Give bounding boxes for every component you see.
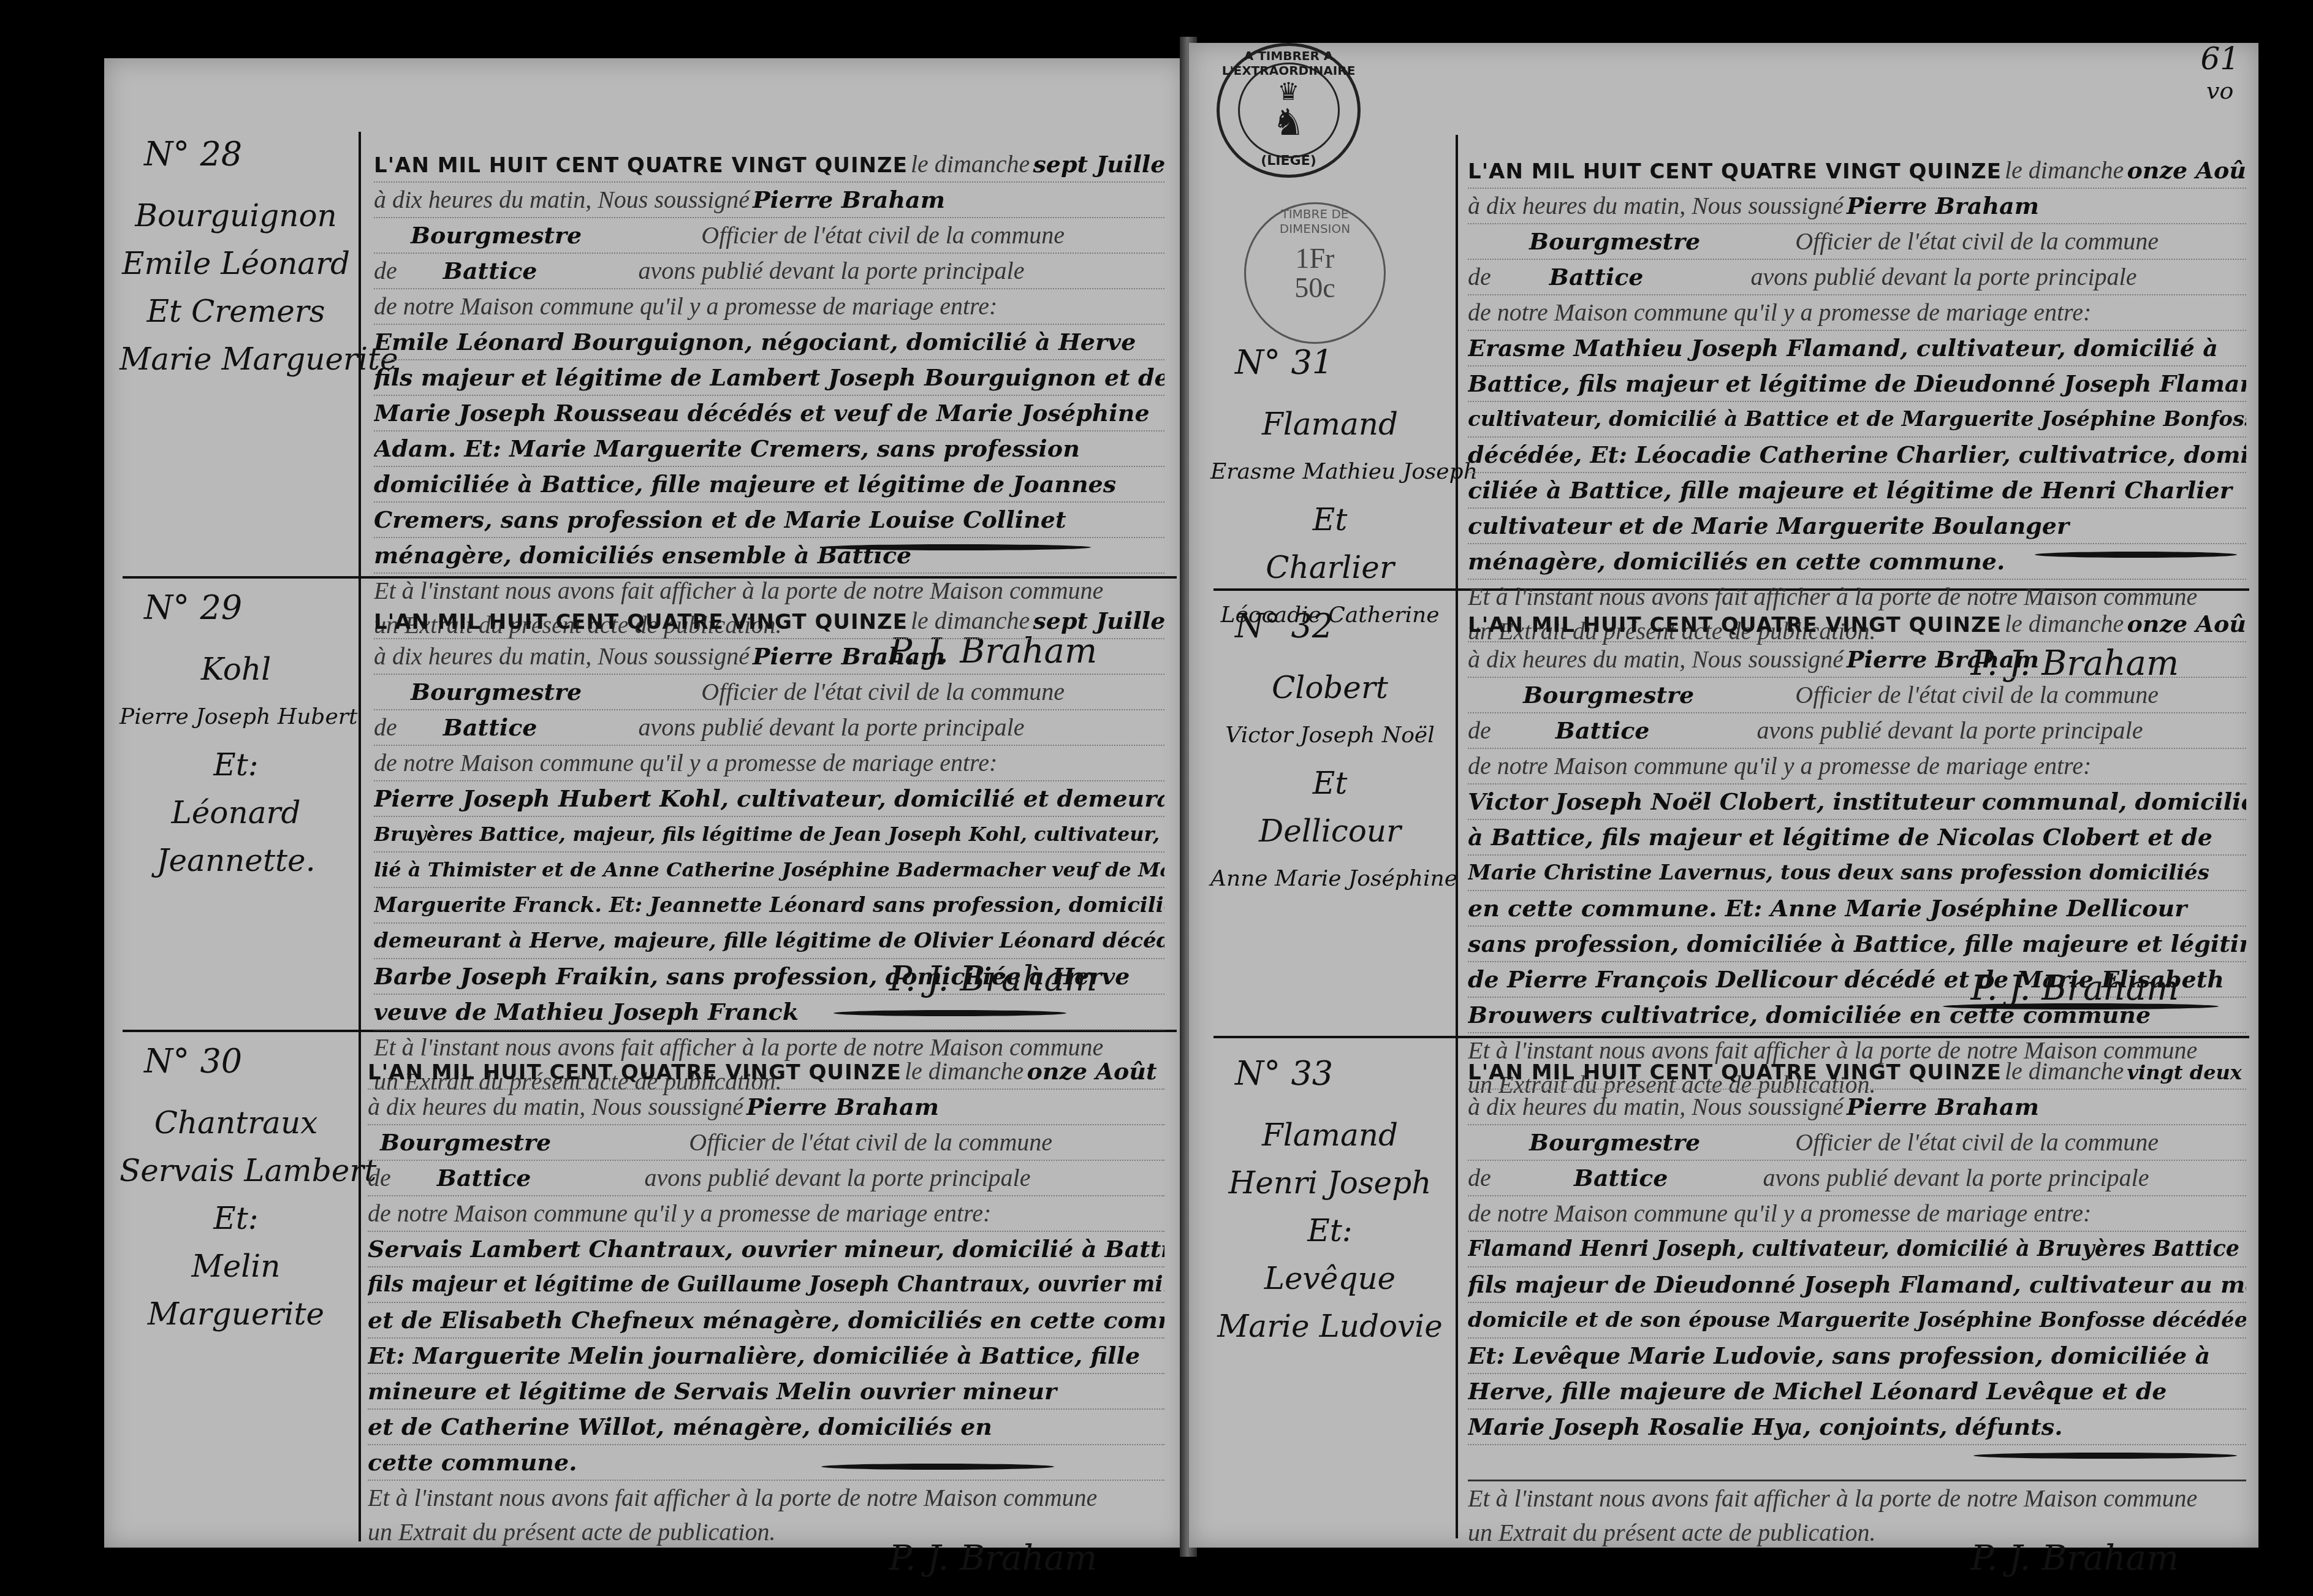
act-line: Flamand Henri Joseph, cultivateur, domic… [1468, 1232, 2246, 1267]
act-line: domiciliée à Battice, fille majeure et l… [374, 467, 1164, 503]
act-body-line: ciliée à Battice, fille majeure et légit… [1468, 476, 2232, 504]
folio-mark: vo [2200, 75, 2239, 107]
act-body-line: veuve de Mathieu Joseph Franck [374, 998, 799, 1025]
act-body-line: décédée, Et: Léocadie Catherine Charlier… [1468, 441, 2246, 468]
printed-text: le dimanche [911, 607, 1030, 634]
publication-act-32: L'AN MIL HUIT CENT QUATRE VINGT QUINZE l… [1468, 607, 2246, 1102]
commune-name: Battice [1549, 263, 1644, 291]
printed-text: Officier de l'état civil de la commune [1795, 227, 2159, 255]
act-line: mineure et légitime de Servais Melin ouv… [368, 1374, 1164, 1410]
act-body-line: ménagère, domiciliés en cette commune. [1468, 547, 2005, 575]
mayor-signature: P. J. Braham [1971, 1538, 2179, 1578]
printed-text: Officier de l'état civil de la commune [1795, 681, 2159, 709]
act-line: de Battice avons publié devant la porte … [368, 1161, 1164, 1196]
margin-name-line: Léonard [120, 789, 352, 837]
act-body-line: Et: Levêque Marie Ludovie, sans professi… [1468, 1342, 2210, 1369]
commune-name: Battice [443, 713, 537, 741]
signature-flourish [1943, 1003, 2219, 1009]
commune-name: Battice [437, 1164, 531, 1191]
act-date: onze Août [2127, 610, 2246, 637]
right-column-rule [1456, 135, 1458, 1538]
printed-text: le dimanche [2005, 1057, 2124, 1085]
printed-text: de [368, 1164, 391, 1191]
act-line: de Battice avons publié devant la porte … [1468, 713, 2246, 749]
printed-text: à dix heures du matin, Nous soussigné [374, 642, 750, 670]
act-line: L'AN MIL HUIT CENT QUATRE VINGT QUINZE l… [374, 147, 1164, 183]
stamp-value-centimes: 50c [1294, 273, 1335, 303]
printed-text: de notre Maison commune qu'il y a promes… [1468, 1199, 2091, 1227]
act-line: de notre Maison commune qu'il y a promes… [374, 289, 1164, 325]
printed-text: un Extrait du présent acte de publicatio… [368, 1518, 775, 1546]
act-line: à dix heures du matin, Nous soussigné Pi… [1468, 642, 2246, 678]
margin-name-line: Flamand [1210, 1111, 1449, 1159]
publication-act-28: L'AN MIL HUIT CENT QUATRE VINGT QUINZE l… [374, 147, 1164, 642]
act-line: à Battice, fils majeur et légitime de Ni… [1468, 820, 2246, 856]
act-line: en cette commune. Et: Anne Marie Joséphi… [1468, 891, 2246, 927]
act-line: Cremers, sans profession et de Marie Lou… [374, 503, 1164, 538]
publication-act-33: L'AN MIL HUIT CENT QUATRE VINGT QUINZE l… [1468, 1054, 2246, 1550]
margin-name-line: Jeannette. [120, 837, 352, 884]
printed-text: de [1468, 716, 1491, 744]
act-line: Bourgmestre Officier de l'état civil de … [374, 218, 1164, 254]
officer-name: Pierre Braham [753, 186, 945, 213]
printed-text: avons publié devant la porte principale [1757, 716, 2143, 744]
act-line: cette commune. [368, 1445, 1164, 1481]
act-body-line: et de Catherine Willot, ménagère, domici… [368, 1413, 992, 1440]
margin-name-line: Et [1210, 496, 1449, 544]
margin-entry-32: N° 32 Clobert Victor Joseph Noël Et Dell… [1210, 607, 1449, 903]
printed-text: Et à l'instant nous avons fait afficher … [1468, 1484, 2197, 1512]
officer-name: Pierre Braham [753, 642, 945, 670]
printed-text: à dix heures du matin, Nous soussigné [1468, 645, 1844, 673]
entry-number: N° 32 [1210, 607, 1449, 645]
margin-name-line: Et: [120, 1195, 352, 1242]
extraordinary-stamp: A TIMBRER A L'EXTRAORDINAIRE ♛ ♞ (LIEGE) [1217, 43, 1361, 178]
act-line [1468, 1445, 2246, 1481]
officer-title: Bourgmestre [411, 678, 582, 705]
act-date: sept Juillet [1033, 607, 1164, 634]
margin-name-line: Marie Marguerite [120, 335, 352, 383]
act-line: L'AN MIL HUIT CENT QUATRE VINGT QUINZE l… [374, 604, 1164, 639]
act-line: fils majeur et légitime de Guillaume Jos… [368, 1267, 1164, 1303]
act-line: L'AN MIL HUIT CENT QUATRE VINGT QUINZE l… [368, 1054, 1164, 1090]
publication-act-30: L'AN MIL HUIT CENT QUATRE VINGT QUINZE l… [368, 1054, 1164, 1549]
stamp-value-francs: 1Fr [1294, 244, 1335, 273]
margin-name-line: Clobert [1210, 664, 1449, 712]
act-line: à dix heures du matin, Nous soussigné Pi… [368, 1090, 1164, 1125]
margin-name-line: Charlier [1210, 544, 1449, 591]
act-date: sept Juillet [1033, 150, 1164, 178]
act-line: fils majeur de Dieudonné Joseph Flamand,… [1468, 1267, 2246, 1303]
printed-text: de [1468, 263, 1491, 291]
printed-text: de notre Maison commune qu'il y a promes… [1468, 298, 2091, 326]
act-line: Et: Levêque Marie Ludovie, sans professi… [1468, 1339, 2246, 1374]
act-line: Victor Joseph Noël Clobert, instituteur … [1468, 785, 2246, 820]
mayor-signature: P. J. Braham [1971, 968, 2179, 1008]
entry-number: N° 33 [1210, 1054, 1449, 1093]
act-line: L'AN MIL HUIT CENT QUATRE VINGT QUINZE l… [1468, 607, 2246, 642]
printed-text: de [374, 257, 397, 284]
printed-text: à dix heures du matin, Nous soussigné [368, 1093, 743, 1120]
act-line: fils majeur et légitime de Lambert Josep… [374, 360, 1164, 396]
printed-text: de notre Maison commune qu'il y a promes… [374, 749, 997, 777]
act-line: de notre Maison commune qu'il y a promes… [1468, 1196, 2246, 1232]
act-line: Erasme Mathieu Joseph Flamand, cultivate… [1468, 331, 2246, 367]
margin-name-line: Marguerite [120, 1290, 352, 1338]
act-line: à dix heures du matin, Nous soussigné Pi… [374, 639, 1164, 675]
act-line: à dix heures du matin, Nous soussigné Pi… [1468, 1090, 2246, 1125]
act-line: Bourgmestre Officier de l'état civil de … [1468, 224, 2246, 260]
act-line: à dix heures du matin, Nous soussigné Pi… [374, 183, 1164, 218]
act-body-line: mineure et légitime de Servais Melin ouv… [368, 1377, 1057, 1405]
folio-number: 61 vo [2200, 43, 2239, 107]
act-line: Et: Marguerite Melin journalière, domici… [368, 1339, 1164, 1374]
act-body-line: Cremers, sans profession et de Marie Lou… [374, 506, 1066, 533]
act-date: onze Août [1027, 1057, 1156, 1085]
act-line: et de Elisabeth Chefneux ménagère, domic… [368, 1303, 1164, 1339]
act-body-line: cultivateur, domicilié à Battice et de M… [1468, 407, 2246, 431]
printed-text: le dimanche [2005, 610, 2124, 637]
act-body-line: Marie Joseph Rousseau décédés et veuf de… [374, 399, 1150, 427]
year-caption: L'AN MIL HUIT CENT QUATRE VINGT QUINZE [374, 153, 908, 178]
act-line: ciliée à Battice, fille majeure et légit… [1468, 473, 2246, 509]
act-body-line: demeurant à Herve, majeure, fille légiti… [374, 929, 1164, 953]
act-line: Bruyères Battice, majeur, fils légitime … [374, 817, 1164, 853]
act-line: L'AN MIL HUIT CENT QUATRE VINGT QUINZE l… [1468, 1054, 2246, 1090]
act-line: Herve, fille majeure de Michel Léonard L… [1468, 1374, 2246, 1410]
act-line: et de Catherine Willot, ménagère, domici… [368, 1410, 1164, 1445]
mayor-signature: P. J. Braham [889, 959, 1098, 999]
act-body-line: Adam. Et: Marie Marguerite Cremers, sans… [374, 435, 1080, 462]
margin-name-line: Levêque [1210, 1255, 1449, 1302]
act-body-line: cultivateur et de Marie Marguerite Boula… [1468, 512, 2069, 539]
printed-text: avons publié devant la porte principale [645, 1164, 1031, 1191]
act-line: demeurant à Herve, majeure, fille légiti… [374, 924, 1164, 959]
act-line: Marie Joseph Rousseau décédés et veuf de… [374, 396, 1164, 431]
act-line: Pierre Joseph Hubert Kohl, cultivateur, … [374, 781, 1164, 817]
act-line: décédée, Et: Léocadie Catherine Charlier… [1468, 438, 2246, 473]
year-caption: L'AN MIL HUIT CENT QUATRE VINGT QUINZE [1468, 1060, 2002, 1085]
act-body-line: domiciliée à Battice, fille majeure et l… [374, 470, 1116, 498]
signature-flourish [834, 1010, 1066, 1016]
margin-name-line: Chantraux [120, 1099, 352, 1147]
officer-name: Pierre Braham [1847, 1093, 2039, 1120]
act-body-line: en cette commune. Et: Anne Marie Joséphi… [1468, 894, 2187, 922]
margin-name-line: Marie Ludovie [1210, 1302, 1449, 1350]
officer-name: Pierre Braham [1847, 192, 2039, 219]
margin-name-line: Pierre Joseph Hubert [120, 693, 352, 741]
signature-flourish [821, 1464, 1054, 1470]
act-line: Marie Joseph Rosalie Hya, conjoints, déf… [1468, 1410, 2246, 1445]
printed-text: un Extrait du présent acte de publicatio… [1468, 1519, 1875, 1546]
year-caption: L'AN MIL HUIT CENT QUATRE VINGT QUINZE [368, 1060, 902, 1085]
act-line: de Battice avons publié devant la porte … [374, 710, 1164, 746]
margin-name-line: Et Cremers [120, 287, 352, 335]
printed-text: Officier de l'état civil de la commune [701, 678, 1065, 705]
printed-text: Officier de l'état civil de la commune [689, 1128, 1052, 1156]
act-body-line: Emile Léonard Bourguignon, négociant, do… [374, 328, 1136, 355]
margin-name-line: Victor Joseph Noël [1210, 712, 1449, 759]
publication-act-29: L'AN MIL HUIT CENT QUATRE VINGT QUINZE l… [374, 604, 1164, 1099]
act-line: Bourgmestre Officier de l'état civil de … [1468, 1125, 2246, 1161]
act-line: de notre Maison commune qu'il y a promes… [368, 1196, 1164, 1232]
entry-number: N° 29 [120, 588, 352, 627]
officer-title: Bourgmestre [411, 221, 582, 249]
printed-text: de [374, 713, 397, 741]
act-line: de notre Maison commune qu'il y a promes… [1468, 295, 2246, 331]
entry-number: N° 28 [120, 135, 352, 173]
printed-text: de [1468, 1164, 1491, 1191]
margin-name-line: Anne Marie Joséphine [1210, 855, 1449, 903]
act-line: Adam. Et: Marie Marguerite Cremers, sans… [374, 431, 1164, 467]
year-caption: L'AN MIL HUIT CENT QUATRE VINGT QUINZE [374, 610, 908, 634]
act-line: Battice, fils majeur et légitime de Dieu… [1468, 367, 2246, 402]
act-body-line: Marguerite Franck. Et: Jeannette Léonard… [374, 893, 1164, 918]
act-body-line: Battice, fils majeur et légitime de Dieu… [1468, 370, 2246, 397]
act-body-line: Pierre Joseph Hubert Kohl, cultivateur, … [374, 785, 1164, 812]
printed-text: de notre Maison commune qu'il y a promes… [1468, 752, 2091, 780]
printed-text: Officier de l'état civil de la commune [1795, 1128, 2159, 1156]
commune-name: Battice [1555, 716, 1650, 744]
act-line: Et à l'instant nous avons fait afficher … [374, 574, 1164, 608]
act-body-line: cette commune. [368, 1448, 577, 1476]
printed-text: avons publié devant la porte principale [1751, 263, 2137, 291]
act-line: de Battice avons publié devant la porte … [1468, 260, 2246, 295]
signature-flourish [2035, 552, 2237, 558]
act-line: Bourgmestre Officier de l'état civil de … [368, 1125, 1164, 1161]
printed-text: Et à l'instant nous avons fait afficher … [368, 1484, 1097, 1511]
margin-name-line: Melin [120, 1242, 352, 1290]
margin-name-line: Et: [1210, 1207, 1449, 1255]
act-line: à dix heures du matin, Nous soussigné Pi… [1468, 189, 2246, 224]
printed-text: de notre Maison commune qu'il y a promes… [368, 1199, 991, 1227]
margin-name-line: Flamand [1210, 400, 1449, 448]
entry-number: N° 30 [120, 1042, 352, 1081]
act-line: L'AN MIL HUIT CENT QUATRE VINGT QUINZE l… [1468, 153, 2246, 189]
act-body-line: domicile et de son épouse Marguerite Jos… [1468, 1308, 2246, 1332]
act-line: de notre Maison commune qu'il y a promes… [374, 746, 1164, 781]
act-date: vingt deux Septembre [2127, 1061, 2246, 1084]
commune-name: Battice [1574, 1164, 1668, 1191]
margin-entry-31: N° 31 Flamand Erasme Mathieu Joseph Et C… [1210, 343, 1449, 639]
margin-name-line: Servais Lambert [120, 1147, 352, 1195]
act-body-line: ménagère, domiciliés ensemble à Battice [374, 541, 911, 569]
act-line: Marie Christine Lavernus, tous deux sans… [1468, 856, 2246, 891]
act-line: Servais Lambert Chantraux, ouvrier mineu… [368, 1232, 1164, 1267]
printed-text: le dimanche [2005, 156, 2124, 184]
commune-name: Battice [443, 257, 537, 284]
act-line: cultivateur, domicilié à Battice et de M… [1468, 402, 2246, 438]
act-line: Et à l'instant nous avons fait afficher … [368, 1481, 1164, 1515]
folio-value: 61 [2200, 43, 2239, 75]
margin-name-line: Kohl [120, 645, 352, 693]
act-line: ménagère, domiciliés en cette commune. [1468, 544, 2246, 580]
printed-text: à dix heures du matin, Nous soussigné [1468, 1093, 1844, 1120]
act-body-line: Victor Joseph Noël Clobert, instituteur … [1468, 788, 2246, 815]
margin-name-line: Henri Joseph [1210, 1159, 1449, 1207]
act-body-line: à Battice, fils majeur et légitime de Ni… [1468, 823, 2212, 851]
entry-number: N° 31 [1210, 343, 1449, 382]
margin-entry-33: N° 33 Flamand Henri Joseph Et: Levêque M… [1210, 1054, 1449, 1350]
act-line: domicile et de son épouse Marguerite Jos… [1468, 1303, 2246, 1339]
act-body-line: sans profession, domiciliée à Battice, f… [1468, 930, 2246, 957]
lion-icon: ♞ [1272, 104, 1305, 141]
margin-name-line: Dellicour [1210, 807, 1449, 855]
stamp-bottom-text: (LIEGE) [1220, 153, 1358, 169]
act-body-line: Marie Joseph Rosalie Hya, conjoints, déf… [1468, 1413, 2062, 1440]
act-line: sans profession, domiciliée à Battice, f… [1468, 927, 2246, 962]
mayor-signature: P. J. Braham [889, 1538, 1098, 1578]
officer-name: Pierre Braham [1847, 645, 2039, 673]
act-body-line: Et: Marguerite Melin journalière, domici… [368, 1342, 1140, 1369]
act-line: cultivateur et de Marie Marguerite Boula… [1468, 509, 2246, 544]
officer-title: Bourgmestre [1529, 1128, 1700, 1156]
act-line: de Battice avons publié devant la porte … [1468, 1161, 2246, 1196]
margin-name-line: Bourguignon [120, 192, 352, 240]
dimension-stamp-value: 1Fr 50c [1294, 244, 1335, 303]
printed-text: à dix heures du matin, Nous soussigné [1468, 192, 1844, 219]
margin-entry-30: N° 30 Chantraux Servais Lambert Et: Meli… [120, 1042, 352, 1338]
crown-icon: ♛ [1278, 80, 1300, 104]
act-line: Bourgmestre Officier de l'état civil de … [374, 675, 1164, 710]
signature-flourish [821, 544, 1091, 550]
printed-text: de notre Maison commune qu'il y a promes… [374, 292, 997, 320]
act-body-line: lié à Thimister et de Anne Catherine Jos… [374, 858, 1164, 881]
act-body-line: fils majeur et légitime de Guillaume Jos… [368, 1272, 1164, 1297]
margin-name-line: Et: [120, 741, 352, 789]
act-line: Emile Léonard Bourguignon, négociant, do… [374, 325, 1164, 360]
printed-text: à dix heures du matin, Nous soussigné [374, 186, 750, 213]
printed-text: le dimanche [911, 150, 1030, 178]
margin-entry-28: N° 28 Bourguignon Emile Léonard Et Creme… [120, 135, 352, 383]
act-body-line: et de Elisabeth Chefneux ménagère, domic… [368, 1306, 1164, 1334]
year-caption: L'AN MIL HUIT CENT QUATRE VINGT QUINZE [1468, 159, 2002, 184]
printed-text: avons publié devant la porte principale [639, 713, 1025, 741]
act-body-line: fils majeur et légitime de Lambert Josep… [374, 363, 1164, 391]
printed-text: Et à l'instant nous avons fait afficher … [374, 577, 1103, 604]
margin-name-line: Et [1210, 759, 1449, 807]
printed-text: avons publié devant la porte principale [639, 257, 1025, 284]
act-line: Marguerite Franck. Et: Jeannette Léonard… [374, 888, 1164, 924]
act-body-line: Herve, fille majeure de Michel Léonard L… [1468, 1377, 2167, 1405]
act-body-line: Bruyères Battice, majeur, fils légitime … [374, 823, 1164, 846]
margin-entry-29: N° 29 Kohl Pierre Joseph Hubert Et: Léon… [120, 588, 352, 884]
act-line: ménagère, domiciliés ensemble à Battice [374, 538, 1164, 574]
act-line: de Battice avons publié devant la porte … [374, 254, 1164, 289]
stamp-top-text: A TIMBRER A L'EXTRAORDINAIRE [1220, 48, 1358, 78]
dimension-stamp: TIMBRE DE DIMENSION 1Fr 50c [1244, 202, 1386, 344]
officer-title: Bourgmestre [380, 1128, 551, 1156]
act-line: Et à l'instant nous avons fait afficher … [1468, 1481, 2246, 1516]
act-body-line: Servais Lambert Chantraux, ouvrier mineu… [368, 1235, 1164, 1263]
year-caption: L'AN MIL HUIT CENT QUATRE VINGT QUINZE [1468, 613, 2002, 637]
act-line: Bourgmestre Officier de l'état civil de … [1468, 678, 2246, 713]
publication-act-31: L'AN MIL HUIT CENT QUATRE VINGT QUINZE l… [1468, 153, 2246, 648]
margin-name-line: Emile Léonard [120, 240, 352, 287]
act-line: lié à Thimister et de Anne Catherine Jos… [374, 853, 1164, 888]
officer-name: Pierre Braham [746, 1093, 939, 1120]
officer-title: Bourgmestre [1529, 227, 1700, 255]
printed-text: Officier de l'état civil de la commune [701, 221, 1065, 249]
act-date: onze Août [2127, 156, 2246, 184]
dimension-stamp-top-text: TIMBRE DE DIMENSION [1246, 207, 1384, 236]
officer-title: Bourgmestre [1523, 681, 1694, 709]
margin-name-line: Erasme Mathieu Joseph [1210, 448, 1449, 496]
act-body-line: fils majeur de Dieudonné Joseph Flamand,… [1468, 1271, 2246, 1298]
act-body-line: Flamand Henri Joseph, cultivateur, domic… [1468, 1236, 2239, 1261]
act-line: de notre Maison commune qu'il y a promes… [1468, 749, 2246, 785]
act-body-line: Marie Christine Lavernus, tous deux sans… [1468, 861, 2209, 885]
printed-text: avons publié devant la porte principale [1763, 1164, 2149, 1191]
act-body-line: Erasme Mathieu Joseph Flamand, cultivate… [1468, 334, 2218, 362]
signature-flourish [1973, 1453, 2237, 1459]
printed-text: le dimanche [905, 1057, 1024, 1085]
